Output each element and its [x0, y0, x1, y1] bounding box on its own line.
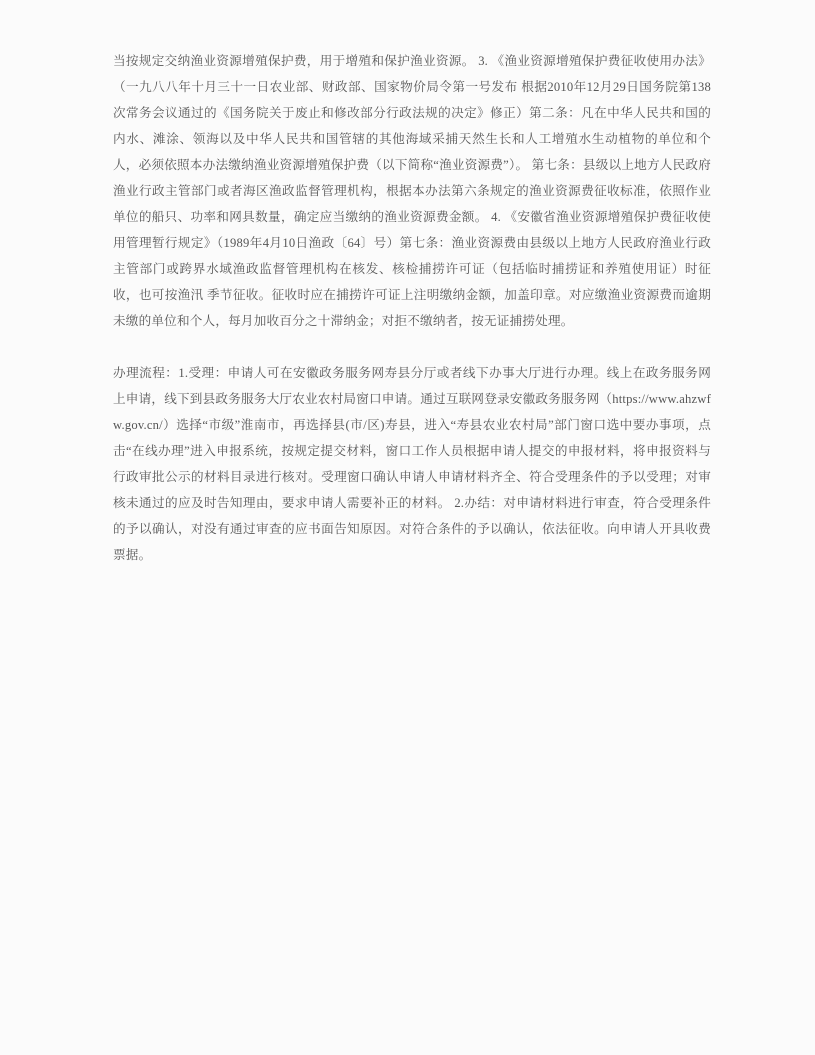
document-page: 当按规定交纳渔业资源增殖保护费，用于增殖和保护渔业资源。 3. 《渔业资源增殖保…	[0, 0, 815, 1055]
paragraph-handling-process: 办理流程：1.受理：申请人可在安徽政务服务网寿县分厅或者线下办事大厅进行办理。线…	[113, 360, 711, 568]
paragraph-legal-basis: 当按规定交纳渔业资源增殖保护费，用于增殖和保护渔业资源。 3. 《渔业资源增殖保…	[113, 48, 711, 334]
